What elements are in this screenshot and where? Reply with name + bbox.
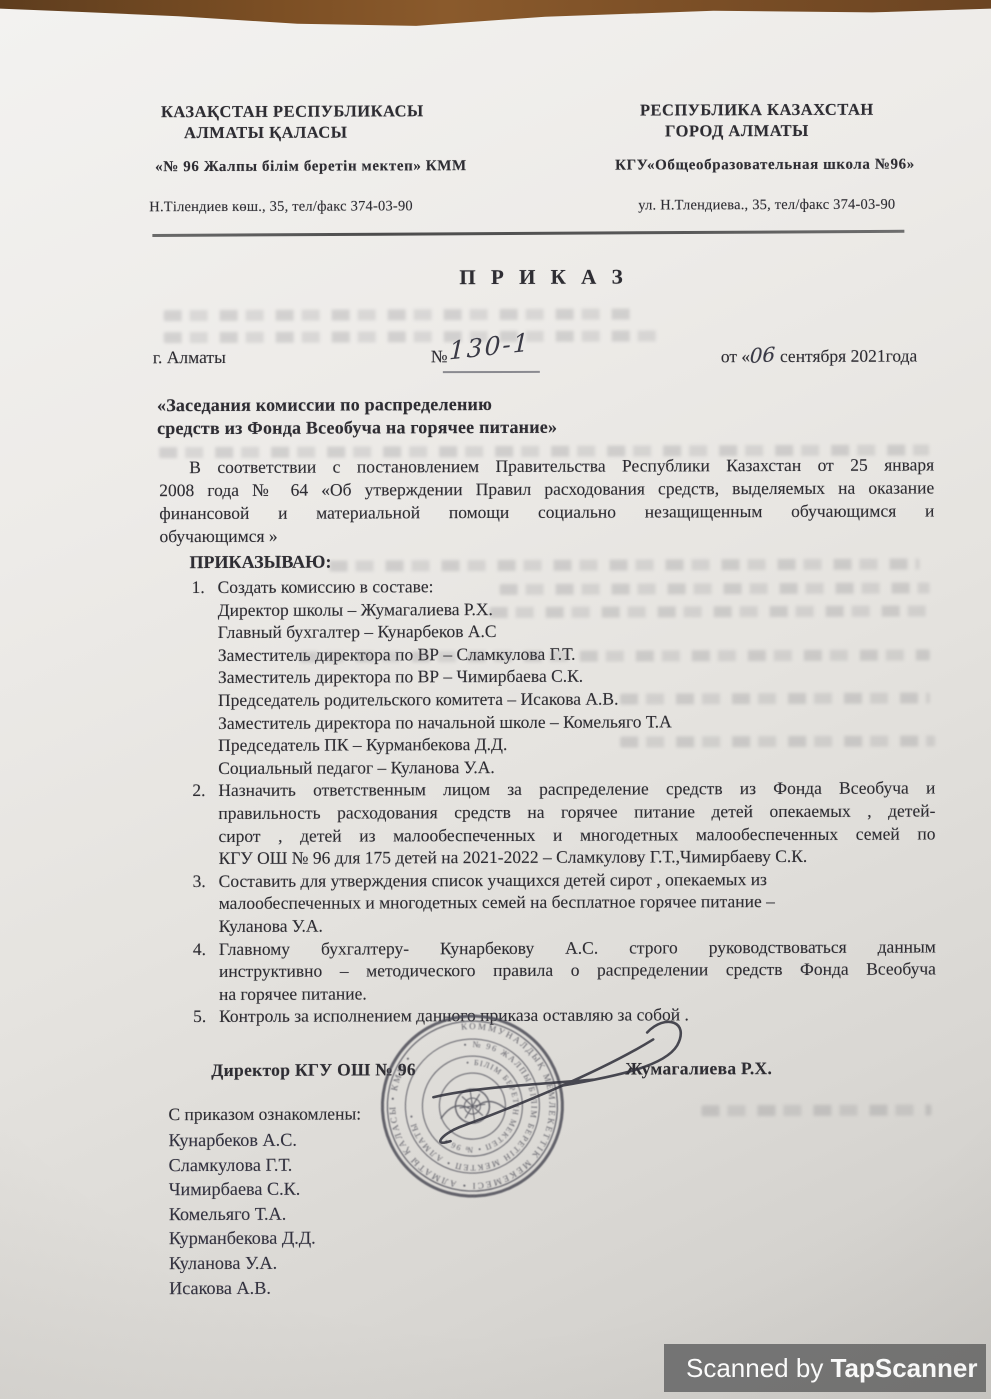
letterhead-right-org: КГУ«Общеобразовательная школа №96» [615, 157, 915, 175]
preamble-line: обучающимся » [159, 522, 934, 548]
letterhead-right-country: РЕСПУБЛИКА КАЗАХСТАН [640, 100, 874, 121]
order-items: 1.Создать комиссию в составе:Директор шк… [192, 573, 937, 1027]
acknowledged-name: Исакова А.В. [169, 1275, 316, 1300]
order-item-number: 4. [193, 938, 206, 961]
letterhead-left-address: Н.Тілендиев көш., 35, тел/факс 374-03-90 [149, 198, 413, 216]
document-title: П Р И К А З [148, 263, 938, 291]
bleed-through-artifact [164, 330, 664, 343]
order-item: 5.Контроль за исполнением данного приказ… [193, 1003, 936, 1028]
bleed-through-artifact [164, 309, 634, 322]
order-date: от «06 сентября 2021года [721, 343, 918, 368]
order-item-line: правильность расходования средств на гор… [218, 799, 935, 824]
acknowledged-name: Кунарбеков А.С. [168, 1128, 315, 1153]
tapscanner-badge: Scanned by TapScanner [664, 1344, 986, 1392]
order-item-number: 3. [193, 870, 206, 893]
order-item-line: Куланова У.А. [219, 912, 936, 937]
document-page: КАЗАҚСТАН РЕСПУБЛИКАСЫ АЛМАТЫ ҚАЛАСЫ «№ … [0, 0, 991, 1399]
official-round-stamp: КОММУНАЛДЫҚ МЕМЛЕКЕТТІК МЕКЕМЕСІ • АЛМАТ… [367, 1001, 578, 1212]
order-item-line: инструктивно – методического правила о р… [219, 958, 936, 983]
bleed-through-artifact [330, 559, 920, 572]
preamble-line: финансовой и материальной помощи социаль… [159, 499, 934, 525]
acknowledged-name: Курманбекова Д.Д. [169, 1226, 316, 1251]
number-underline [443, 371, 540, 373]
subject-line-1: «Заседания комиссии по распределению [157, 394, 492, 416]
bleed-through-artifact [620, 735, 935, 747]
commission-member: Социальный педагог – Куланова У.А. [218, 754, 935, 779]
badge-prefix: Scanned by [686, 1353, 831, 1383]
letterhead-right-address: ул. Н.Тлендиева., 35, тел/факс 374-03-90 [638, 197, 895, 215]
bleed-through-artifact [620, 692, 930, 704]
order-item-line: Контроль за исполнением данного приказа … [219, 1003, 936, 1028]
order-date-handwritten: 06 [750, 342, 776, 368]
order-item: 2.Назначить ответственным лицом за распр… [192, 777, 935, 870]
commission-member: Заместитель директора по ВР – Чимирбаева… [218, 664, 935, 689]
order-city: г. Алматы [153, 347, 226, 368]
order-item-line: КГУ ОШ № 96 для 175 детей на 2021-2022 –… [219, 845, 936, 870]
letterhead-left-city: АЛМАТЫ ҚАЛАСЫ [184, 123, 348, 144]
order-number-label: № [431, 346, 448, 367]
letterhead-left-org: «№ 96 Жалпы білім беретін мектеп» КММ [155, 158, 467, 176]
signature-name: Жумагалиева Р.Х. [625, 1058, 772, 1080]
order-item-line: Назначить ответственным лицом за распред… [218, 777, 935, 802]
order-item-line: малообеспеченных и многодетных семей на … [219, 890, 936, 915]
order-item-number: 5. [193, 1005, 206, 1028]
order-item-line: на горячее питание. [219, 980, 936, 1005]
order-item-number: 1. [192, 576, 205, 599]
acknowledged-names: Кунарбеков А.С.Сламкулова Г.Т.Чимирбаева… [168, 1128, 315, 1301]
order-item: 4.Главному бухгалтеру- Кунарбекову А.С. … [193, 935, 936, 1005]
acknowledged-name: Сламкулова Г.Т. [169, 1152, 316, 1177]
order-item-line: сирот , детей из малообеспеченных и мног… [218, 822, 935, 847]
acknowledged-name: Комельяго Т.А. [169, 1201, 316, 1226]
bleed-through-artifact [500, 582, 930, 595]
order-item-line: Составить для утверждения список учащихс… [219, 867, 936, 892]
order-item: 3.Составить для утверждения список учащи… [193, 867, 936, 937]
order-item: 1.Создать комиссию в составе:Директор шк… [192, 573, 936, 779]
preamble: В соответствии с постановлением Правител… [159, 453, 934, 548]
order-word: ПРИКАЗЫВАЮ: [189, 552, 331, 573]
commission-member: Главный бухгалтер – Кунарбеков А.С [218, 619, 935, 644]
scanned-document: КАЗАҚСТАН РЕСПУБЛИКАСЫ АЛМАТЫ ҚАЛАСЫ «№ … [0, 0, 991, 1399]
bleed-through-artifact [300, 649, 930, 662]
letterhead-right-city: ГОРОД АЛМАТЫ [665, 121, 809, 142]
acknowledged-name: Чимирбаева С.К. [169, 1177, 316, 1202]
subject-line-2: средств из Фонда Всеобуча на горячее пит… [157, 417, 557, 439]
badge-brand: TapScanner [831, 1353, 978, 1383]
order-item-number: 2. [192, 779, 205, 802]
commission-member: Заместитель директора по начальной школе… [218, 709, 935, 734]
preamble-line: 2008 года № 64 «Об утверждении Правил ра… [159, 476, 934, 502]
acknowledged-label: С приказом ознакомлены: [168, 1103, 361, 1125]
header-divider [152, 230, 904, 237]
bleed-through-artifact [701, 1104, 931, 1116]
bleed-through-artifact [490, 605, 935, 618]
letterhead-left-country: КАЗАҚСТАН РЕСПУБЛИКАСЫ [161, 101, 424, 122]
acknowledged-name: Куланова У.А. [169, 1251, 316, 1276]
order-item-line: Главному бухгалтеру- Кунарбекову А.С. ст… [219, 935, 936, 960]
